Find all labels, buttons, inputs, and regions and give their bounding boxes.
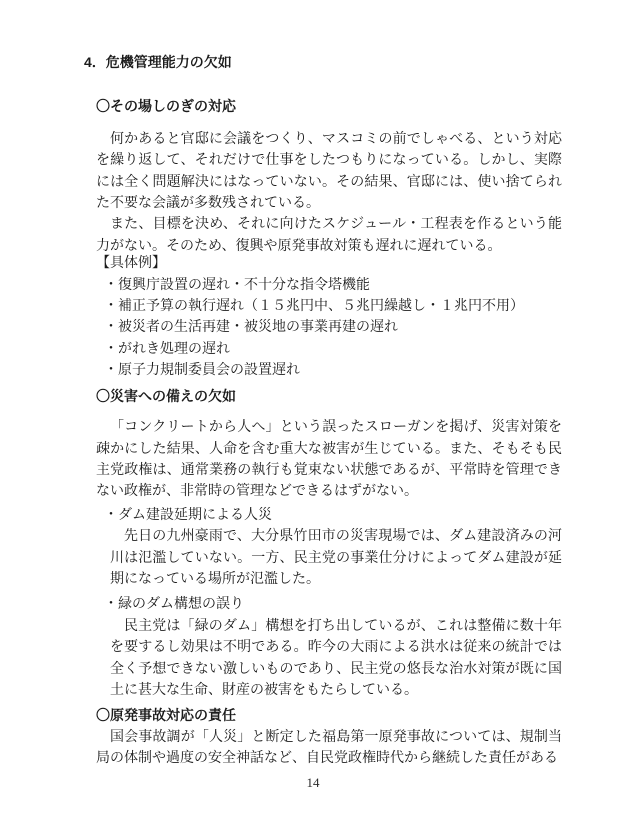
list-item: ・復興庁設置の遅れ・不十分な指令塔機能 [104, 275, 562, 296]
page-content: 4．危機管理能力の欠如 〇その場しのぎの対応 何かあると官邸に会議をつくり、マス… [96, 52, 562, 770]
paragraph: 何かあると官邸に会議をつくり、マスコミの前でしゃべる、という対応を繰り返して、そ… [96, 129, 562, 215]
paragraph: 民主党は「緑のダム」構想を打ち出しているが、これは整備に数十年を要するし効果は不… [110, 616, 562, 702]
document-page: 4．危機管理能力の欠如 〇その場しのぎの対応 何かあると官邸に会議をつくり、マス… [0, 0, 626, 836]
paragraph: また、目標を決め、それに向けたスケジュール・工程表を作るという能力がない。そのた… [96, 214, 562, 257]
list-item: ・補正予算の執行遅れ（１５兆円中、５兆円繰越し・１兆円不用） [104, 296, 562, 317]
paragraph: 先日の九州豪雨で、大分県竹田市の災害現場では、ダム建設済みの河川は氾濫していない… [110, 526, 562, 590]
section-heading-disaster-preparedness: 〇災害への備えの欠如 [96, 386, 562, 407]
list-item: ・がれき処理の遅れ [104, 339, 562, 360]
section-heading-nuclear-accident: 〇原発事故対応の責任 [96, 705, 562, 726]
page-number: 14 [0, 775, 626, 791]
page-title: 4．危機管理能力の欠如 [84, 52, 562, 73]
paragraph: 国会事故調が「人災」と断定した福島第一原発事故については、規制当局の体制や過度の… [96, 727, 562, 770]
list-item: ・被災者の生活再建・被災地の事業再建の遅れ [104, 317, 562, 338]
list-item-dam-postponement: ・ダム建設延期による人災 [104, 505, 562, 526]
section-heading-makeshift-response: 〇その場しのぎの対応 [96, 96, 562, 117]
paragraph: 「コンクリートから人へ」という誤ったスローガンを掲げ、災害対策を疎かにした結果、… [96, 417, 562, 503]
list-item-green-dam: ・緑のダム構想の誤り [104, 594, 562, 615]
list-item: ・原子力規制委員会の設置遅れ [104, 360, 562, 381]
